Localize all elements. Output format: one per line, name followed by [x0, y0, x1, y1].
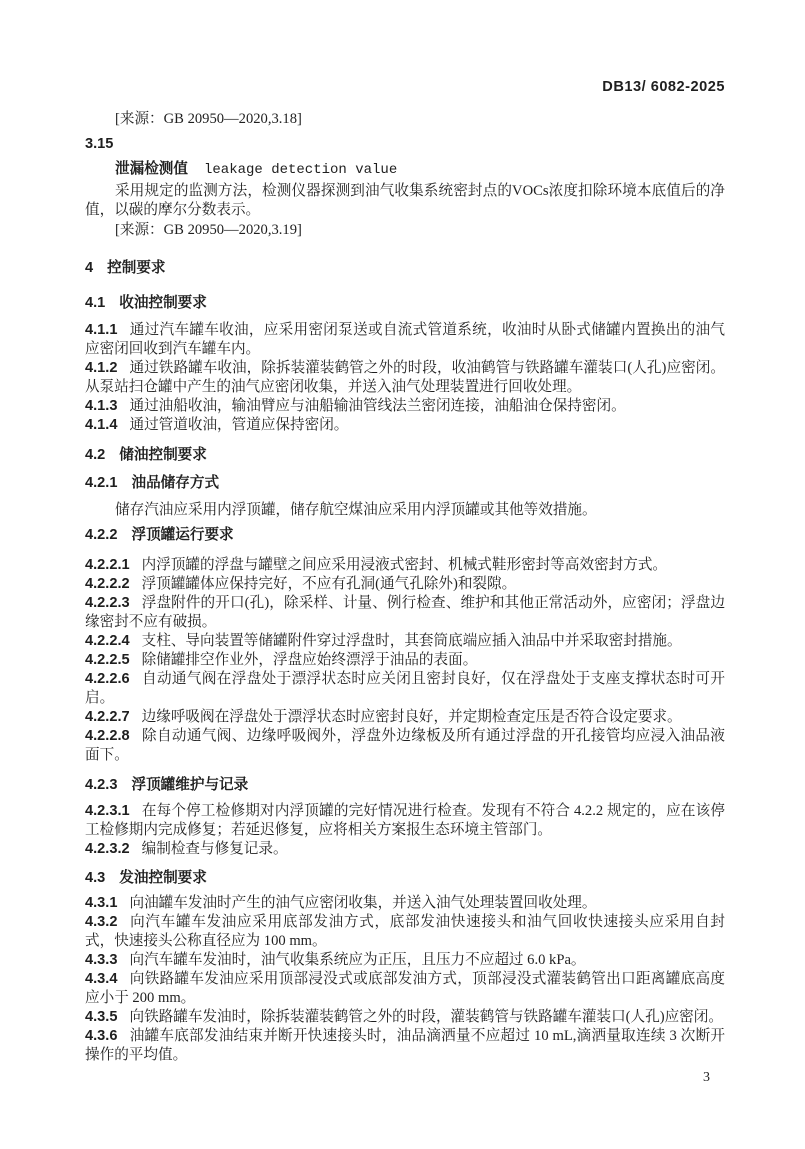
page-number: 3 — [703, 1068, 710, 1087]
clause-4-2-3-1: 4.2.3.1在每个停工检修期对内浮顶罐的完好情况进行检查。发现有不符合 4.2… — [85, 802, 725, 840]
clause-4-3-1: 4.3.1向油罐车发油时产生的油气应密闭收集，并送入油气处理装置回收处理。 — [85, 894, 725, 913]
clause-text: 在每个停工检修期对内浮顶罐的完好情况进行检查。发现有不符合 4.2.2 规定的，… — [85, 803, 725, 838]
clause-text: 向汽车罐车发油时，油气收集系统应为正压，且压力不应超过 6.0 kPa。 — [129, 952, 585, 968]
clause-4-3-2: 4.3.2向汽车罐车发油应采用底部发油方式，底部发油快速接头和油气回收快速接头应… — [85, 913, 725, 951]
clause-text: 浮盘附件的开口(孔)，除采样、计量、例行检查、维护和其他正常活动外，应密闭；浮盘… — [85, 595, 725, 630]
page-content: DB13/ 6082-2025 [来源：GB 20950—2020,3.18] … — [85, 0, 725, 1065]
document-page: DB13/ 6082-2025 [来源：GB 20950—2020,3.18] … — [0, 0, 805, 1149]
clause-4-2-2-7: 4.2.2.7边缘呼吸阀在浮盘处于漂浮状态时应密封良好，并定期检查定压是否符合设… — [85, 708, 725, 727]
clause-text: 内浮顶罐的浮盘与罐壁之间应采用浸液式密封、机械式鞋形密封等高效密封方式。 — [142, 557, 667, 573]
clause-number: 4.3.1 — [85, 895, 129, 911]
subsection-number: 4.2.2 — [85, 527, 131, 543]
clause-4-2-2-4: 4.2.2.4支柱、导向装置等储罐附件穿过浮盘时，其套筒底端应插入油品中并采取密… — [85, 632, 725, 651]
clause-4-2-2-2: 4.2.2.2浮顶罐罐体应保持完好，不应有孔洞(通气孔除外)和裂隙。 — [85, 575, 725, 594]
term-chinese: 泄漏检测值 — [115, 161, 188, 177]
section-heading-4-2: 4.2储油控制要求 — [85, 446, 725, 465]
section-heading-4-3: 4.3发油控制要求 — [85, 869, 725, 888]
clause-text: 通过汽车罐车收油，应采用密闭泵送或自流式管道系统，收油时从卧式储罐内置换出的油气… — [85, 322, 725, 357]
clause-4-1-3: 4.1.3通过油船收油，输油臂应与油船输油管线法兰密闭连接，油船油仓保持密闭。 — [85, 397, 725, 416]
section-number: 4.2 — [85, 447, 119, 463]
clause-text: 边缘呼吸阀在浮盘处于漂浮状态时应密封良好，并定期检查定压是否符合设定要求。 — [142, 709, 682, 725]
section-number: 4.3 — [85, 870, 119, 886]
clause-text: 通过油船收油，输油臂应与油船输油管线法兰密闭连接，油船油仓保持密闭。 — [129, 398, 625, 414]
clause-number: 4.2.2.8 — [85, 728, 142, 744]
clause-text: 向铁路罐车发油时，除拆装灌装鹤管之外的时段，灌装鹤管与铁路罐车灌装口(人孔)应密… — [129, 1009, 722, 1025]
clause-number: 4.3.6 — [85, 1028, 129, 1044]
subsection-heading-4-2-2: 4.2.2浮顶罐运行要求 — [85, 526, 725, 545]
clause-4-2-3-2: 4.2.3.2编制检查与修复记录。 — [85, 840, 725, 859]
clause-number: 4.2.2.7 — [85, 709, 142, 725]
chapter-number: 4 — [85, 260, 107, 276]
clause-number: 4.3.3 — [85, 952, 129, 968]
chapter-heading-4: 4控制要求 — [85, 259, 725, 278]
subsection-title: 油品储存方式 — [131, 475, 219, 491]
clause-number: 4.1.2 — [85, 360, 129, 376]
term-title: 泄漏检测值leakage detection value — [85, 160, 725, 180]
clause-4-3-6: 4.3.6油罐车底部发油结束并断开快速接头时，油品滴洒量不应超过 10 mL,滴… — [85, 1027, 725, 1065]
clause-4-1-2: 4.1.2通过铁路罐车收油，除拆装灌装鹤管之外的时段，收油鹤管与铁路罐车灌装口(… — [85, 359, 725, 397]
clause-text: 除自动通气阀、边缘呼吸阀外，浮盘外边缘板及所有通过浮盘的开孔接管均应浸入油品液面… — [85, 728, 725, 763]
clause-text: 自动通气阀在浮盘处于漂浮状态时应关闭且密封良好，仅在浮盘处于支座支撑状态时可开启… — [85, 671, 725, 706]
clause-text: 向油罐车发油时产生的油气应密闭收集，并送入油气处理装置回收处理。 — [129, 895, 596, 911]
clause-4-2-2-5: 4.2.2.5除储罐排空作业外，浮盘应始终漂浮于油品的表面。 — [85, 651, 725, 670]
clause-4-3-4: 4.3.4向铁路罐车发油应采用顶部浸没式或底部发油方式，顶部浸没式灌装鹤管出口距… — [85, 970, 725, 1008]
section-title: 发油控制要求 — [119, 870, 207, 886]
subsection-title: 浮顶罐运行要求 — [131, 527, 233, 543]
term-english: leakage detection value — [204, 162, 397, 178]
section-heading-4-1: 4.1收油控制要求 — [85, 294, 725, 313]
clause-text: 除储罐排空作业外，浮盘应始终漂浮于油品的表面。 — [142, 652, 478, 668]
clause-4-2-2-3: 4.2.2.3浮盘附件的开口(孔)，除采样、计量、例行检查、维护和其他正常活动外… — [85, 594, 725, 632]
clause-number: 4.1.1 — [85, 322, 129, 338]
clause-number: 4.1.4 — [85, 417, 129, 433]
clause-number: 4.2.2.2 — [85, 576, 142, 592]
clause-4-2-2-8: 4.2.2.8除自动通气阀、边缘呼吸阀外，浮盘外边缘板及所有通过浮盘的开孔接管均… — [85, 727, 725, 765]
section-number: 4.1 — [85, 295, 119, 311]
clause-text: 向汽车罐车发油应采用底部发油方式，底部发油快速接头和油气回收快速接头应采用自封式… — [85, 914, 725, 949]
clause-number: 4.1.3 — [85, 398, 129, 414]
clause-4-1-4: 4.1.4通过管道收油，管道应保持密闭。 — [85, 416, 725, 435]
clause-text: 编制检查与修复记录。 — [142, 841, 288, 857]
chapter-title: 控制要求 — [107, 260, 165, 276]
subsection-title: 浮顶罐维护与记录 — [131, 777, 248, 793]
clause-4-2-2-6: 4.2.2.6自动通气阀在浮盘处于漂浮状态时应关闭且密封良好，仅在浮盘处于支座支… — [85, 670, 725, 708]
paragraph-storage-method: 储存汽油应采用内浮顶罐，储存航空煤油应采用内浮顶罐或其他等效措施。 — [85, 501, 725, 520]
clause-number: 4.2.2.1 — [85, 557, 142, 573]
clause-text: 通过铁路罐车收油，除拆装灌装鹤管之外的时段，收油鹤管与铁路罐车灌装口(人孔)应密… — [85, 360, 725, 395]
term-number: 3.15 — [85, 135, 725, 154]
clause-text: 油罐车底部发油结束并断开快速接头时，油品滴洒量不应超过 10 mL,滴洒量取连续… — [85, 1028, 725, 1063]
clause-number: 4.2.3.1 — [85, 803, 142, 819]
clause-number: 4.2.3.2 — [85, 841, 142, 857]
clause-number: 4.3.5 — [85, 1009, 129, 1025]
clause-number: 4.2.2.4 — [85, 633, 142, 649]
clause-text: 通过管道收油，管道应保持密闭。 — [129, 417, 348, 433]
clause-4-3-5: 4.3.5向铁路罐车发油时，除拆装灌装鹤管之外的时段，灌装鹤管与铁路罐车灌装口(… — [85, 1008, 725, 1027]
clause-number: 4.3.2 — [85, 914, 129, 930]
subsection-heading-4-2-1: 4.2.1油品储存方式 — [85, 474, 725, 493]
section-title: 储油控制要求 — [119, 447, 207, 463]
clause-number: 4.2.2.3 — [85, 595, 142, 611]
clause-number: 4.2.2.5 — [85, 652, 142, 668]
subsection-heading-4-2-3: 4.2.3浮顶罐维护与记录 — [85, 776, 725, 795]
subsection-number: 4.2.3 — [85, 777, 131, 793]
clause-number: 4.2.2.6 — [85, 671, 142, 687]
clause-4-1-1: 4.1.1通过汽车罐车收油，应采用密闭泵送或自流式管道系统，收油时从卧式储罐内置… — [85, 321, 725, 359]
source-reference-3-19: [来源：GB 20950—2020,3.19] — [85, 221, 725, 240]
subsection-number: 4.2.1 — [85, 475, 131, 491]
source-reference-3-18: [来源：GB 20950—2020,3.18] — [85, 110, 725, 129]
clause-4-3-3: 4.3.3向汽车罐车发油时，油气收集系统应为正压，且压力不应超过 6.0 kPa… — [85, 951, 725, 970]
clause-4-2-2-1: 4.2.2.1内浮顶罐的浮盘与罐壁之间应采用浸液式密封、机械式鞋形密封等高效密封… — [85, 556, 725, 575]
clause-text: 支柱、导向装置等储罐附件穿过浮盘时，其套筒底端应插入油品中并采取密封措施。 — [142, 633, 682, 649]
clause-text: 浮顶罐罐体应保持完好，不应有孔洞(通气孔除外)和裂隙。 — [142, 576, 517, 592]
standard-code: DB13/ 6082-2025 — [85, 78, 725, 97]
clause-number: 4.3.4 — [85, 971, 129, 987]
term-definition: 采用规定的监测方法，检测仪器探测到油气收集系统密封点的VOCs浓度扣除环境本底值… — [85, 182, 725, 220]
section-title: 收油控制要求 — [119, 295, 207, 311]
clause-text: 向铁路罐车发油应采用顶部浸没式或底部发油方式，顶部浸没式灌装鹤管出口距离罐底高度… — [85, 971, 725, 1006]
